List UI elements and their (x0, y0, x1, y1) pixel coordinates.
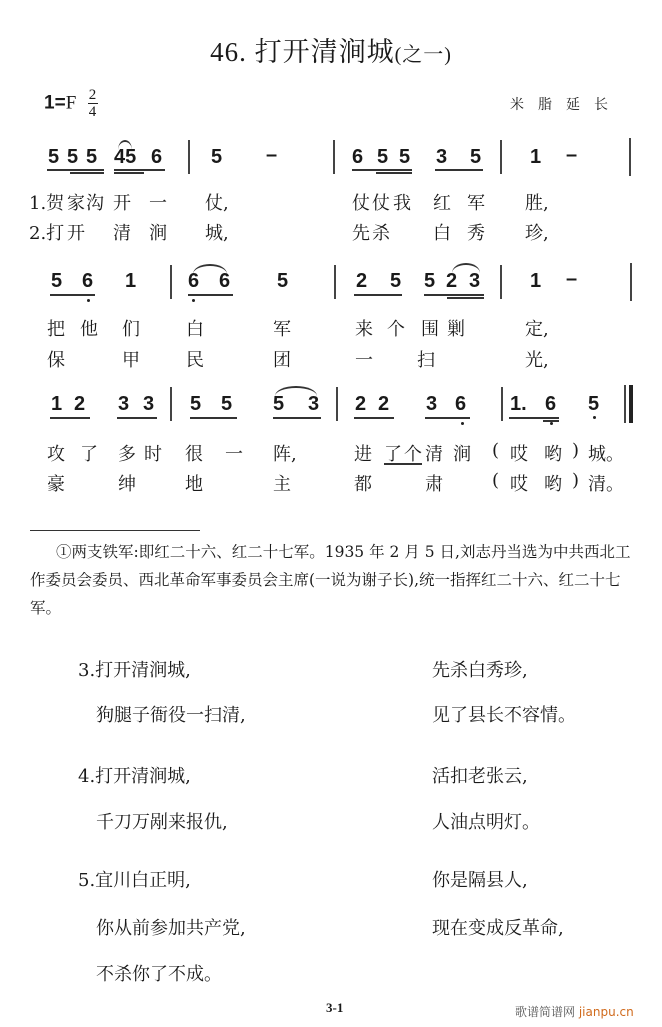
lyric: 2.打 (29, 219, 64, 245)
lyric: 城。 (588, 440, 624, 466)
lyric: 保 (47, 346, 65, 372)
lyric: 豪 (47, 470, 65, 496)
title-suffix: (之一) (395, 44, 452, 66)
lyric: 清 (425, 440, 443, 466)
lyric: 沟 (86, 189, 104, 215)
dash: – (566, 268, 577, 291)
note: 6 (82, 270, 93, 293)
lyric: 珍, (525, 219, 549, 245)
note: 5 (51, 270, 62, 293)
lyric: 把 (47, 315, 65, 341)
footnote-divider (30, 530, 200, 531)
note: 2 (74, 393, 85, 416)
note: 3 (143, 393, 154, 416)
lyric: 1.贺 (29, 189, 64, 215)
lyric: 杀 (372, 219, 390, 245)
note: 5 (86, 146, 97, 169)
underline (50, 417, 90, 419)
verse-line: 现在变成反革命, (432, 914, 564, 940)
lyric: 扫 (417, 346, 435, 372)
underline (376, 172, 412, 174)
note: 1 (530, 270, 541, 293)
underline (352, 169, 412, 171)
lyric: 仗, (205, 189, 229, 215)
note: 6 (352, 146, 363, 169)
note: 6 (545, 393, 556, 416)
watermark-cn: 歌谱简谱网 (515, 1005, 575, 1019)
lyric: 胜, (525, 189, 549, 215)
barline (500, 265, 502, 299)
lyric: 攻 (47, 440, 65, 466)
time-bottom: 4 (88, 105, 98, 119)
slur (275, 386, 317, 396)
lyric: 都 (354, 470, 372, 496)
note: 6 (151, 146, 162, 169)
lyric: 们 (122, 315, 140, 341)
underline (354, 294, 402, 296)
note: 3 (308, 393, 319, 416)
lyric: 先 (352, 219, 370, 245)
lyric: 清 (113, 219, 131, 245)
lyric: 民 (186, 346, 204, 372)
lyric: ) (572, 470, 579, 491)
note: 1 (51, 393, 62, 416)
underline (509, 417, 559, 419)
composer-credit: 米脂延长 (510, 94, 622, 114)
underline (47, 169, 104, 171)
note: 5 (273, 393, 284, 416)
final-barline-thin (624, 385, 626, 423)
lyric: 我 (393, 189, 411, 215)
note: 2 (446, 270, 457, 293)
barline (630, 263, 632, 301)
note: 5 (67, 146, 78, 169)
barline (333, 140, 335, 174)
barline (501, 387, 503, 421)
dash: – (566, 144, 577, 167)
note: 1. (510, 393, 527, 416)
underline (50, 294, 95, 296)
watermark: 歌谱简谱网 jianpu.cn (515, 1003, 634, 1020)
dash: – (266, 144, 277, 167)
lyric: 很 (185, 440, 203, 466)
underline (117, 417, 157, 419)
note: 5 (377, 146, 388, 169)
barline (170, 387, 172, 421)
lyric: 地 (185, 470, 203, 496)
verse-line: 先杀白秀珍, (432, 656, 528, 682)
underline (354, 417, 394, 419)
verse-line: 见了县长不容情。 (432, 701, 576, 727)
low-octave-dot (593, 416, 596, 419)
lyric: 一 (149, 189, 167, 215)
low-octave-dot (461, 422, 464, 425)
note: 1 (530, 146, 541, 169)
underline (435, 169, 483, 171)
lyric: 开 (67, 219, 85, 245)
underline (190, 417, 237, 419)
lyric: 光, (525, 346, 549, 372)
underline (424, 294, 484, 296)
lyric: 白 (186, 315, 204, 341)
note: 6 (455, 393, 466, 416)
page-title: 46. 打开清涧城(之一) (0, 30, 662, 69)
lyric: 哟 (544, 440, 562, 466)
lyric: 军 (273, 315, 291, 341)
watermark-site: jianpu.cn (579, 1005, 634, 1019)
lyric-underline (384, 463, 422, 465)
lyric: 哎 (510, 470, 528, 496)
lyric: 他 (80, 315, 98, 341)
low-octave-dot (87, 299, 90, 302)
lyric: 白 (433, 219, 451, 245)
note: 5 (588, 393, 599, 416)
barline (336, 387, 338, 421)
note: 2 (355, 393, 366, 416)
title-main: 46. 打开清涧城 (210, 37, 395, 67)
note: 3 (426, 393, 437, 416)
note: 5 (470, 146, 481, 169)
verse-line: 你从前参加共产党, (96, 914, 246, 940)
lyric: 阵, (273, 440, 297, 466)
underline (447, 297, 484, 299)
lyric: 绅 (118, 470, 136, 496)
note: 2 (378, 393, 389, 416)
lyric: 进 (354, 440, 372, 466)
underline (273, 417, 321, 419)
lyric: 军 (467, 189, 485, 215)
note: 3 (469, 270, 480, 293)
lyric: 城, (205, 219, 229, 245)
lyric: 来 (355, 315, 373, 341)
verse-line: 5.宜川白正明, (78, 866, 191, 892)
note: 3 (436, 146, 447, 169)
note: 2 (356, 270, 367, 293)
barline (188, 140, 190, 174)
lyric: 一 (355, 346, 373, 372)
lyric: 甲 (122, 346, 140, 372)
lyric: 个 (387, 315, 405, 341)
time-top: 2 (88, 88, 98, 102)
lyric: 秀 (467, 219, 485, 245)
lyric: 涧 (149, 219, 167, 245)
lyric: 哎 (510, 440, 528, 466)
lyric: 红 (433, 189, 451, 215)
verse-line: 狗腿子衙役一扫清, (96, 701, 246, 727)
note: 5 (48, 146, 59, 169)
footnote: ①两支铁军:即红二十六、红二十七军。1935 年 2 月 5 日,刘志丹当选为中… (30, 538, 640, 622)
lyric: 清。 (588, 470, 624, 496)
lyric: 仗 (372, 189, 390, 215)
lyric: 肃 (425, 470, 443, 496)
lyric: 了 (80, 440, 98, 466)
barline (629, 138, 631, 176)
note: 5 (190, 393, 201, 416)
barline (170, 265, 172, 299)
lyric: 仗 (352, 189, 370, 215)
lyric: 时 (144, 440, 162, 466)
underline (70, 172, 104, 174)
slur (452, 263, 480, 273)
note: 5 (424, 270, 435, 293)
lyric: 开 (113, 189, 131, 215)
underline (188, 294, 233, 296)
key-tonic: 1 (44, 93, 55, 114)
note: 3 (118, 393, 129, 416)
lyric: 围 (421, 315, 439, 341)
lyric: 定, (525, 315, 549, 341)
key-name: F (66, 93, 77, 114)
lyric: 团 (273, 346, 291, 372)
lyric: 哟 (544, 470, 562, 496)
verse-line: 活扣老张云, (432, 762, 528, 788)
lyric: 主 (273, 470, 291, 496)
verse-line: 不杀你了不成。 (96, 960, 222, 986)
note: 5 (277, 270, 288, 293)
verse-line: 千刀万剐来报仇, (96, 808, 228, 834)
key-equals: = (55, 93, 66, 114)
key-signature: 1=F 2 4 (44, 88, 98, 119)
lyric: 多 (118, 440, 136, 466)
lyric: 一 (225, 440, 243, 466)
barline (334, 265, 336, 299)
note: 1 (125, 270, 136, 293)
lyric: 家 (67, 189, 85, 215)
lyric: ( (492, 470, 499, 491)
lyric: ) (572, 440, 579, 461)
underline (114, 169, 165, 171)
time-signature: 2 4 (88, 88, 98, 119)
final-barline-thick (629, 385, 633, 423)
verse-line: 4.打开清涧城, (78, 762, 191, 788)
note: 5 (221, 393, 232, 416)
barline (500, 140, 502, 174)
lyric: ( (492, 440, 499, 461)
note: 5 (390, 270, 401, 293)
verse-line: 你是隔县人, (432, 866, 528, 892)
lyric: 涧 (453, 440, 471, 466)
note: 5 (399, 146, 410, 169)
lyric: 剿 (447, 315, 465, 341)
slur (193, 264, 227, 274)
underline (114, 172, 144, 174)
underline (425, 417, 470, 419)
low-octave-dot (550, 422, 553, 425)
grace-slur (118, 140, 132, 150)
verse-line: 人油点明灯。 (432, 808, 540, 834)
verse-line: 3.打开清涧城, (78, 656, 191, 682)
note: 5 (211, 146, 222, 169)
low-octave-dot (192, 299, 195, 302)
underline (543, 420, 559, 422)
page-number: 3-1 (326, 1000, 343, 1016)
